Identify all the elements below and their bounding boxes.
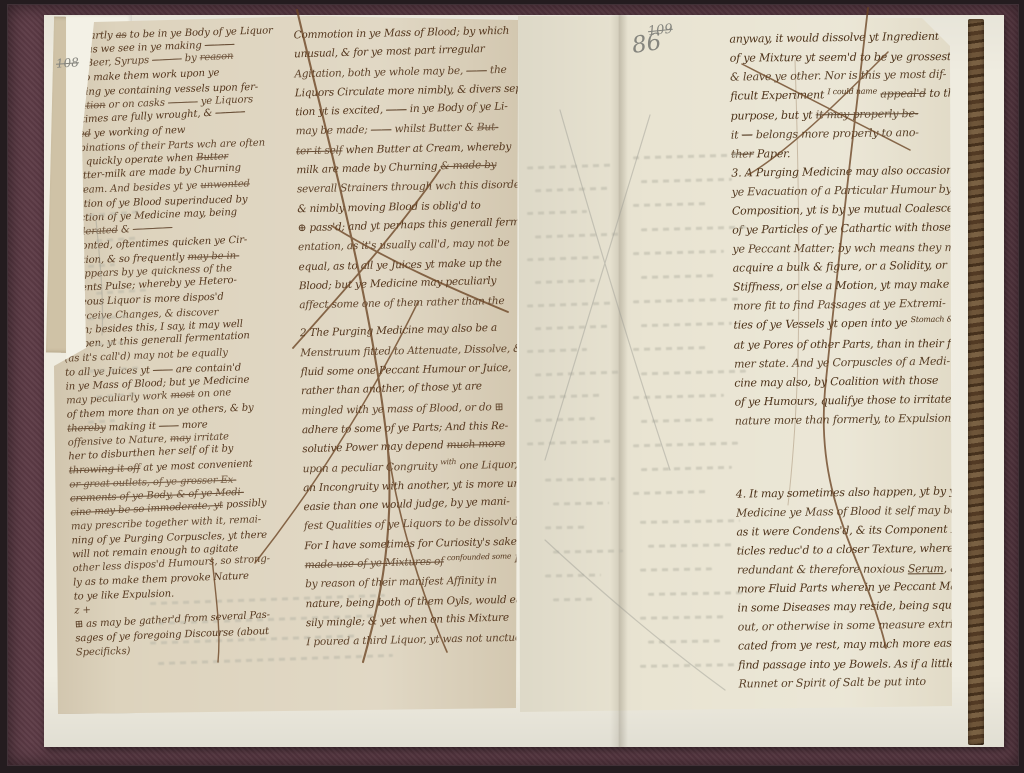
folio-number-new: 86 — [630, 29, 663, 59]
manuscript-line: it — belongs more properly to ano- — [731, 122, 957, 144]
manuscript-line: ties of ye Vessels yt open into ye Stoma… — [733, 312, 959, 335]
left-manuscript-leaf: ⊕ but partly as to be in ye Body of ye L… — [52, 16, 518, 714]
manuscript-line: I poured a third Liquor, yt was not unct… — [306, 629, 524, 653]
manuscript-line: of ye Particles of ye Cathartic with tho… — [732, 217, 958, 239]
left-page-right-column: Commotion in ye Mass of Blood; by whichu… — [293, 22, 524, 653]
manuscript-line: ficult Experiment I could name appeal'd … — [730, 83, 956, 106]
manuscript-line: ye Evacuation of a Particular Humour by — [732, 179, 958, 201]
manuscript-line: mer state. And ye Corpuscles of a Medi- — [734, 351, 960, 373]
right-page-column: anyway, it would dissolve yt Ingrediento… — [729, 26, 964, 693]
margin-folio-number: 108 — [56, 55, 80, 71]
left-page-left-column: ⊕ but partly as to be in ye Body of ye L… — [52, 22, 318, 661]
manuscript-line: Runnet or Spirit of Salt be put into — [738, 671, 964, 693]
manuscript-line: redundant & therefore noxious Serum, & y… — [737, 559, 963, 580]
manuscript-line: out, or otherwise in some measure extri- — [738, 614, 964, 636]
page-spread: ⊕ but partly as to be in ye Body of ye L… — [44, 15, 1004, 747]
manuscript-line: anyway, it would dissolve yt Ingredient — [729, 26, 955, 48]
manuscript-line: ye Peccant Matter; by wch means they may — [732, 238, 958, 259]
manuscript-line: nature more than formerly, to Expulsion. — [735, 408, 961, 430]
manuscript-photo: ⊕ but partly as to be in ye Body of ye L… — [0, 0, 1024, 773]
manuscript-line: ther Paper. — [731, 143, 957, 164]
manuscript-line — [735, 429, 961, 485]
manuscript-line: & leave ye other. Nor is this ye most di… — [730, 64, 956, 86]
manuscript-line: Medicine ye Mass of Blood it self may be — [736, 500, 962, 522]
right-manuscript-leaf: anyway, it would dissolve yt Ingrediento… — [518, 16, 952, 712]
manuscript-line: cated from ye rest, may much more easily — [738, 633, 964, 655]
page-edges-strip — [968, 19, 984, 745]
manuscript-line: ticles reduc'd to a closer Texture, wher… — [737, 538, 963, 560]
manuscript-line: more fit to find Passages at ye Extremi- — [733, 293, 959, 315]
